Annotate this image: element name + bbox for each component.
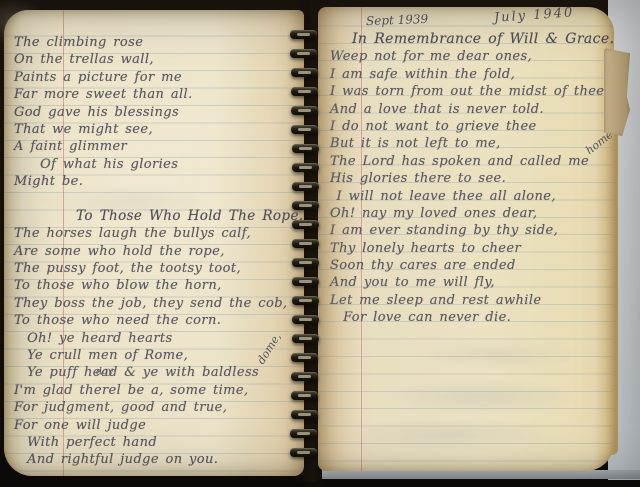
spiral-coil (290, 49, 317, 58)
poem-line: That we might see, (14, 121, 302, 138)
left-page-text: The climbing roseOn the trellas wall,Pai… (14, 34, 302, 469)
poem-title-to-those-who-hold-the-rope: To Those Who Hold The Rope. (14, 208, 302, 225)
poem-line: Might be. (14, 173, 302, 190)
poem-line: The climbing rose (14, 34, 302, 51)
spiral-coil (292, 201, 319, 210)
poem-line: Thy lonely hearts to cheer (330, 240, 610, 257)
poem-line: I do not want to grieve thee (330, 118, 610, 135)
poem-in-remembrance: Weep not for me dear ones,I am safe with… (330, 48, 610, 326)
poem-line: To those who blow the horn, (14, 277, 302, 294)
poem-line: The pussy foot, the tootsy toot, (14, 260, 302, 277)
spiral-coil (290, 429, 317, 438)
poem-line: I will not leave thee all alone, (330, 188, 610, 205)
poem-line: The horses laugh the bullys calf, (14, 225, 302, 242)
spiral-coil (292, 258, 319, 267)
poem-line: A faint glimmer (14, 138, 302, 155)
poem-line: His glories there to see. (330, 170, 610, 187)
poem-line: Are some who hold the rope, (14, 243, 302, 260)
poem-line: They boss the job, they send the cob, (14, 295, 302, 312)
poem-line: Far more sweet than all. (14, 86, 302, 103)
poem-line: For one will judge (14, 417, 302, 434)
spiral-coil (291, 68, 318, 77)
book-edge-shadow (322, 470, 640, 479)
poem-line: And rightful judge on you. (14, 451, 302, 468)
spiral-coil (292, 163, 319, 172)
poem-line: Oh! nay my loved ones dear, (330, 205, 610, 222)
poem-line: Let me sleep and rest awhile (330, 292, 610, 309)
inserted-word-day: day (96, 365, 114, 377)
spiral-coil (291, 353, 318, 362)
left-page: The climbing roseOn the trellas wall,Pai… (4, 10, 304, 476)
poem-line: I am ever standing by thy side, (330, 222, 610, 239)
poem-line: Of what his glories (14, 156, 302, 173)
spiral-coil (291, 372, 318, 381)
poem-line: The Lord has spoken and called me (330, 153, 610, 170)
poem-line: Oh! ye heard hearts (14, 330, 302, 347)
spiral-coil (290, 448, 317, 457)
poem-line: I am safe within the fold, (330, 66, 610, 83)
poem-line: For judgment, good and true, (14, 399, 302, 416)
notebook-photo: The climbing roseOn the trellas wall,Pai… (0, 0, 640, 487)
poem-title-in-remembrance: In Remembrance of Will & Grace. (330, 31, 610, 48)
poem-line: To those who need the corn. (14, 312, 302, 329)
poem-line: And a love that is never told. (330, 101, 610, 118)
spiral-coil (292, 315, 319, 324)
spiral-coil (292, 182, 319, 191)
spiral-coil (291, 125, 318, 134)
spiral-coil (290, 30, 317, 39)
right-page: In Remembrance of Will & Grace. Weep not… (318, 7, 614, 471)
poem-line: Soon thy cares are ended (330, 257, 610, 274)
poem-line: On the trellas wall, (14, 51, 302, 68)
spiral-coil (292, 220, 319, 229)
poem-line: Paints a picture for me (14, 69, 302, 86)
poem-line: I'm glad therel be a, some time, (14, 382, 302, 399)
blank-line (14, 191, 302, 208)
spiral-coil (291, 106, 318, 115)
tape-fragment (604, 48, 630, 136)
poem-line: But it is not left to me, (330, 135, 610, 152)
poem-line: God gave his blessings (14, 104, 302, 121)
spiral-coil (291, 410, 318, 419)
poem-line: With perfect hand (14, 434, 302, 451)
spiral-coil (292, 239, 319, 248)
spiral-coil (292, 144, 319, 153)
poem-to-those-who-hold-the-rope: The horses laugh the bullys calf,Are som… (14, 225, 302, 468)
poem-the-climbing-rose: The climbing roseOn the trellas wall,Pai… (14, 34, 302, 191)
spiral-coil (291, 87, 318, 96)
poem-line: Ye puff head & ye with baldless (14, 364, 302, 381)
poem-line: Weep not for me dear ones, (330, 48, 610, 65)
poem-line: I was torn from out the midst of thee (330, 83, 610, 100)
poem-line: And you to me will fly, (330, 274, 610, 291)
spiral-coil (292, 334, 319, 343)
poem-line: For love can never die. (330, 309, 610, 326)
date-sept-1939: Sept 1939 (366, 12, 429, 28)
right-page-text: In Remembrance of Will & Grace. Weep not… (330, 31, 610, 327)
spiral-coil (292, 277, 319, 286)
spiral-coil (291, 391, 318, 400)
spiral-coil (292, 296, 319, 305)
